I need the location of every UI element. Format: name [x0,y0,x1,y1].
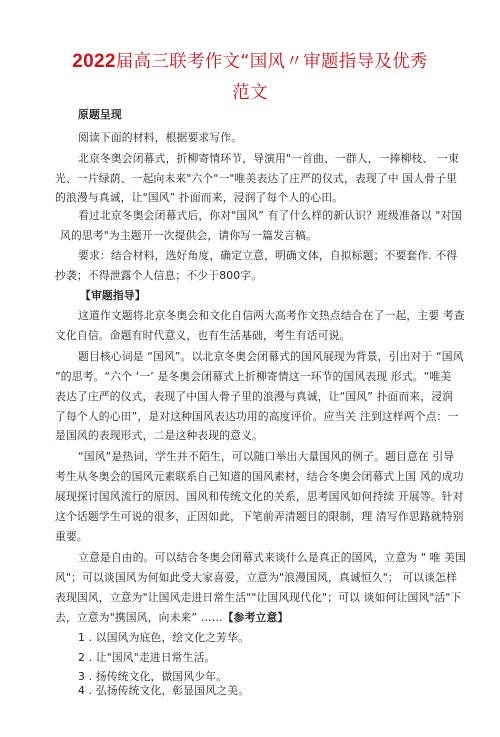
section-heading-original-prompt: 原题呈现 [78,108,448,122]
list-item: 3 . 扬传统文化，做国风少年。 [78,670,470,684]
paragraph-text: 去，立意为"携国风，向未来” …… [55,611,223,624]
list-item: 1 . 以国风为底色，绘文化之芳华。 [78,631,470,645]
paragraph-line: 表达了庄严的仪式，表现了中国人骨子里的浪漫与真诚，让“国风” 扑面而来，浸润 [55,390,447,404]
paragraph-line: 了每个人的心田”，是对这种国风表达功用的高度评价。应当关 注到这样两个点：一 [55,410,447,424]
list-item: 4 . 弘扬传统文化，彰显国风之美。 [78,684,470,698]
paragraph-line: 表现国风，立意为"让国风走进日常生活""让国风现代化"；可以 谈如何让国风"活"… [55,591,447,605]
paragraph-line: 抄袭；不得泄露个人信息；不少于800字。 [55,269,447,283]
paragraph-line: 要求：结合材料，选好角度，确定立意，明确文体，自拟标题；不要套作. 不得 [78,249,448,263]
paragraph-line: 这个话题学生可说的很多，正因如此，下笔前弄清题目的限制，理 清写作思路就特别 [55,510,447,524]
paragraph-line: 题目核心词是 “国风”。以北京冬奥会闭幕式的国风展现为背景，引出对于 “国风 [78,350,448,364]
paragraph-line: 展现探讨国风流行的原因、国风和传统文化的关系，思考国风如何持续 开展等。针对 [55,490,447,504]
list-item: 2 . 让"国风"走进日常生活。 [78,651,470,665]
paragraph-line: 风"；可以谈国风为何如此受大家喜爱，立意为"浪漫国风，真诚恒久"； 可以谈怎样 [55,571,447,585]
paragraph-line: 是国风的表现形式，二是这种表现的意义。 [55,429,447,443]
document-page: 2022届高三联考作文“国风〃审题指导及优秀 范文 原题呈现 阅读下面的材料，根… [0,0,500,737]
paragraph-line: 看过北京冬奥会闭幕式后，你对"国风” 有了什么样的新认识？班级准备以 "对国 [78,209,448,223]
paragraph-line: 这道作文题将北京冬奥会和文化自信两大高考作文热点结合在了一起，主要 考查 [78,309,448,323]
paragraph-line: 光、一片绿荫、一起向未来"六个"一"唯美表达了庄严的仪式，表现了中 国人骨子里 [55,172,447,186]
paragraph-line: 考生从冬奥会的国风元素联系自己知道的国风素材，结合冬奥会闭幕式上国 风的成功 [55,470,447,484]
document-title-line-2: 范文 [0,83,500,103]
paragraph-line: 重要。 [55,530,447,544]
section-heading-guidance: 【审题指导】 [80,289,472,303]
section-heading-reference-ideas: 【参考立意】 [223,611,289,624]
paragraph-line: 的浪漫与真诚，让"国风” 扑面而来，浸润了每个人的心田。 [55,191,447,205]
paragraph-line-with-heading: 去，立意为"携国风，向未来” ……【参考立意】 [55,611,447,625]
title-text: 届高三联考作文“国风〃审题指导及优秀 [116,52,428,72]
paragraph-line: 风的思考"为主题开一次提供会，请你写一篇发言稿。 [60,229,452,243]
paragraph-line: ”的思考。“六个 ‘一’ 是冬奥会闭幕式上折柳寄情这一环节的国风表现 形式。“唯… [55,370,447,384]
paragraph-line: 文化自信。命题有时代意义，也有生活基础，考生有话可说。 [55,329,447,343]
paragraph-line: 立意是自由的。可以结合冬奥会闭幕式来谈什么是真正的国风，立意为 " 唯 美国 [78,551,448,565]
document-title-line-1: 2022届高三联考作文“国风〃审题指导及优秀 [0,52,500,72]
paragraph-line: 阅读下面的材料，根据要求写作。 [78,131,448,145]
paragraph-line: “国风”是热词，学生并不陌生，可以随口举出大量国风的例子。题目意在 引导 [78,450,448,464]
paragraph-line: 北京冬奥会闭幕式，折柳寄情环节，导演用"一首曲、一群人，一捧柳枝、 一束 [78,152,448,166]
title-year: 2022 [72,51,115,72]
